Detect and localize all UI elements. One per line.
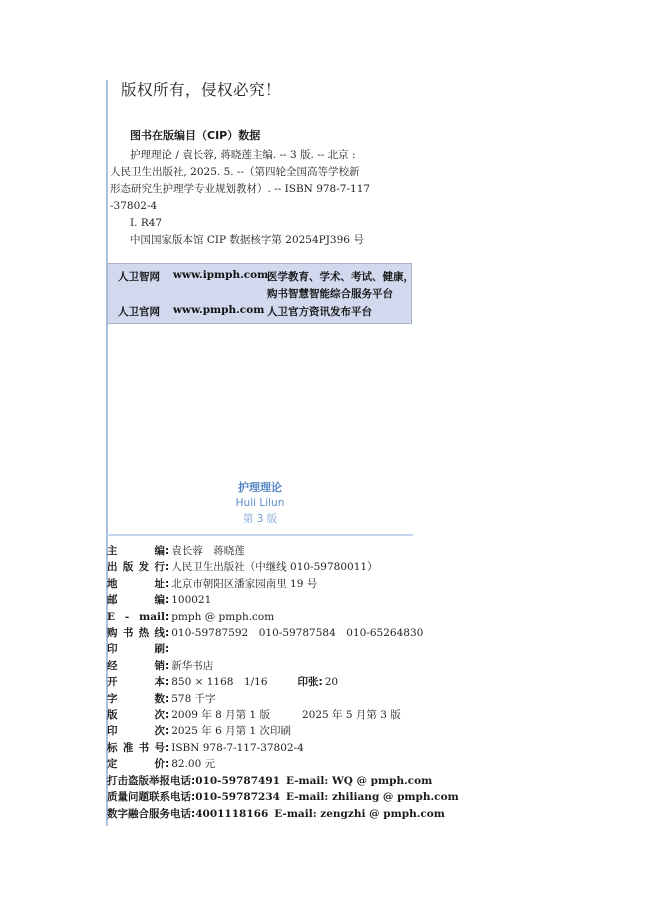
book-edition: 第 3 版 [107,511,413,527]
row-value: 新华书店 [169,658,213,674]
cip-heading: 图书在版编目（CIP）数据 [130,127,260,143]
row-value: 010-59787592 010-59787584 010-65264830 [169,625,423,641]
contact-phone: 4001118166 [195,806,268,822]
cip-data-block: 护理理论 / 袁长蓉, 蒋晓莲主编. -- 3 版. -- 北京 : 人民卫生出… [110,147,415,249]
section-divider [107,534,413,536]
row-value: 100021 [169,592,211,608]
contact-email: E-mail: WQ @ pmph.com [280,773,432,789]
contact-row-piracy: 打击盗版举报电话: 010-59787491 E-mail: WQ @ pmph… [107,773,427,789]
row-label: 印次 [107,723,165,739]
colophon-row-postcode: 邮编 : 100021 [107,592,427,608]
site-name: 人卫官网 [118,304,160,319]
row-value: 850 × 1168 1/16 [169,674,267,690]
site-url[interactable]: www.ipmph.com [173,269,268,281]
row-label: 邮编 [107,592,165,608]
row-value: 2025 年 6 月第 1 次印刷 [169,723,291,739]
contact-row-quality: 质量问题联系电话: 010-59787234 E-mail: zhiliang … [107,789,427,805]
book-title-pinyin: Huli Lilun [107,496,413,511]
row-label: 出版发行 [107,559,165,575]
contact-phone: 010-59787234 [195,789,280,805]
site-description-line: 医学教育、学术、考试、健康， [267,269,414,286]
cip-line: 护理理论 / 袁长蓉, 蒋晓莲主编. -- 3 版. -- 北京 : [110,147,415,164]
site-description-line: 购书智慧智能综合服务平台 [267,286,414,303]
contact-label: 质量问题联系电话 [107,789,191,805]
row-label: E-mail [107,609,165,625]
cip-line: Ⅰ. R47 [110,215,415,232]
sheets-value: 20 [323,674,338,690]
colophon-row-isbn: 标准书号 : ISBN 978-7-117-37802-4 [107,740,427,756]
row-label: 购书热线 [107,625,165,641]
row-value [169,641,171,657]
contact-row-digital: 数字融合服务电话: 4001118166 E-mail: zengzhi @ p… [107,806,427,822]
site-url[interactable]: www.pmph.com [173,304,264,316]
colophon-row-edition: 版次 : 2009 年 8 月第 1 版 2025 年 5 月第 3 版 [107,707,427,723]
row-value-2: 2025 年 5 月第 3 版 [300,707,401,723]
row-value: 578 千字 [169,691,215,707]
row-label: 印刷 [107,641,165,657]
row-label: 地址 [107,576,165,592]
contact-phone: 010-59787491 [195,773,280,789]
row-value: ISBN 978-7-117-37802-4 [169,740,304,756]
row-label: 版次 [107,707,165,723]
cip-line: -37802-4 [110,198,415,215]
sheets-label: 印张 [298,674,319,690]
row-label: 定价 [107,756,165,772]
colophon-row-address: 地址 : 北京市朝阳区潘家园南里 19 号 [107,576,427,592]
contact-email: E-mail: zhiliang @ pmph.com [280,789,459,805]
site-name: 人卫智网 [118,269,160,284]
site-description: 医学教育、学术、考试、健康， 购书智慧智能综合服务平台 [267,269,414,303]
colophon-row-distributor: 经销 : 新华书店 [107,658,427,674]
cip-line: 中国国家版本馆 CIP 数据核字第 20254PJ396 号 [110,232,415,249]
row-value[interactable]: pmph @ pmph.com [169,609,274,625]
colophon-row-email: E-mail : pmph @ pmph.com [107,609,427,625]
cip-line: 形态研究生护理学专业规划教材）. -- ISBN 978-7-117 [110,181,415,198]
row-label: 字数 [107,691,165,707]
colophon-row-wordcount: 字数 : 578 千字 [107,691,427,707]
contact-label: 数字融合服务电话 [107,806,191,822]
row-value: 袁长蓉 蒋晓莲 [169,543,245,559]
colophon-row-printer: 印刷 : [107,641,427,657]
book-title-block: 护理理论 Huli Lilun 第 3 版 [107,480,413,527]
colophon-row-hotline: 购书热线 : 010-59787592 010-59787584 010-652… [107,625,427,641]
site-description: 人卫官方资讯发布平台 [267,304,372,321]
colophon-row-format: 开本 : 850 × 1168 1/16 印张: 20 [107,674,427,690]
book-title: 护理理论 [107,480,413,496]
rights-notice: 版权所有，侵权必究！ [121,78,281,100]
colophon-row-printing: 印次 : 2025 年 6 月第 1 次印刷 [107,723,427,739]
row-label: 开本 [107,674,165,690]
row-label: 经销 [107,658,165,674]
row-value: 82.00 元 [169,756,215,772]
colophon-row-publisher: 出版发行 : 人民卫生出版社（中继线 010-59780011） [107,559,427,575]
row-label: 标准书号 [107,740,165,756]
contact-email: E-mail: zengzhi @ pmph.com [268,806,445,822]
colophon-row-price: 定价 : 82.00 元 [107,756,427,772]
row-value: 北京市朝阳区潘家园南里 19 号 [169,576,317,592]
colophon: 主编 : 袁长蓉 蒋晓莲 出版发行 : 人民卫生出版社（中继线 010-5978… [107,543,427,822]
row-label: 主编 [107,543,165,559]
cip-line: 人民卫生出版社, 2025. 5. --（第四轮全国高等学校新 [110,164,415,181]
row-value: 人民卫生出版社（中继线 010-59780011） [169,559,377,575]
row-value: 2009 年 8 月第 1 版 [169,707,270,723]
colophon-row-editor: 主编 : 袁长蓉 蒋晓莲 [107,543,427,559]
pmph-info-box: 人卫智网 www.ipmph.com 医学教育、学术、考试、健康， 购书智慧智能… [107,263,412,324]
contact-label: 打击盗版举报电话 [107,773,191,789]
